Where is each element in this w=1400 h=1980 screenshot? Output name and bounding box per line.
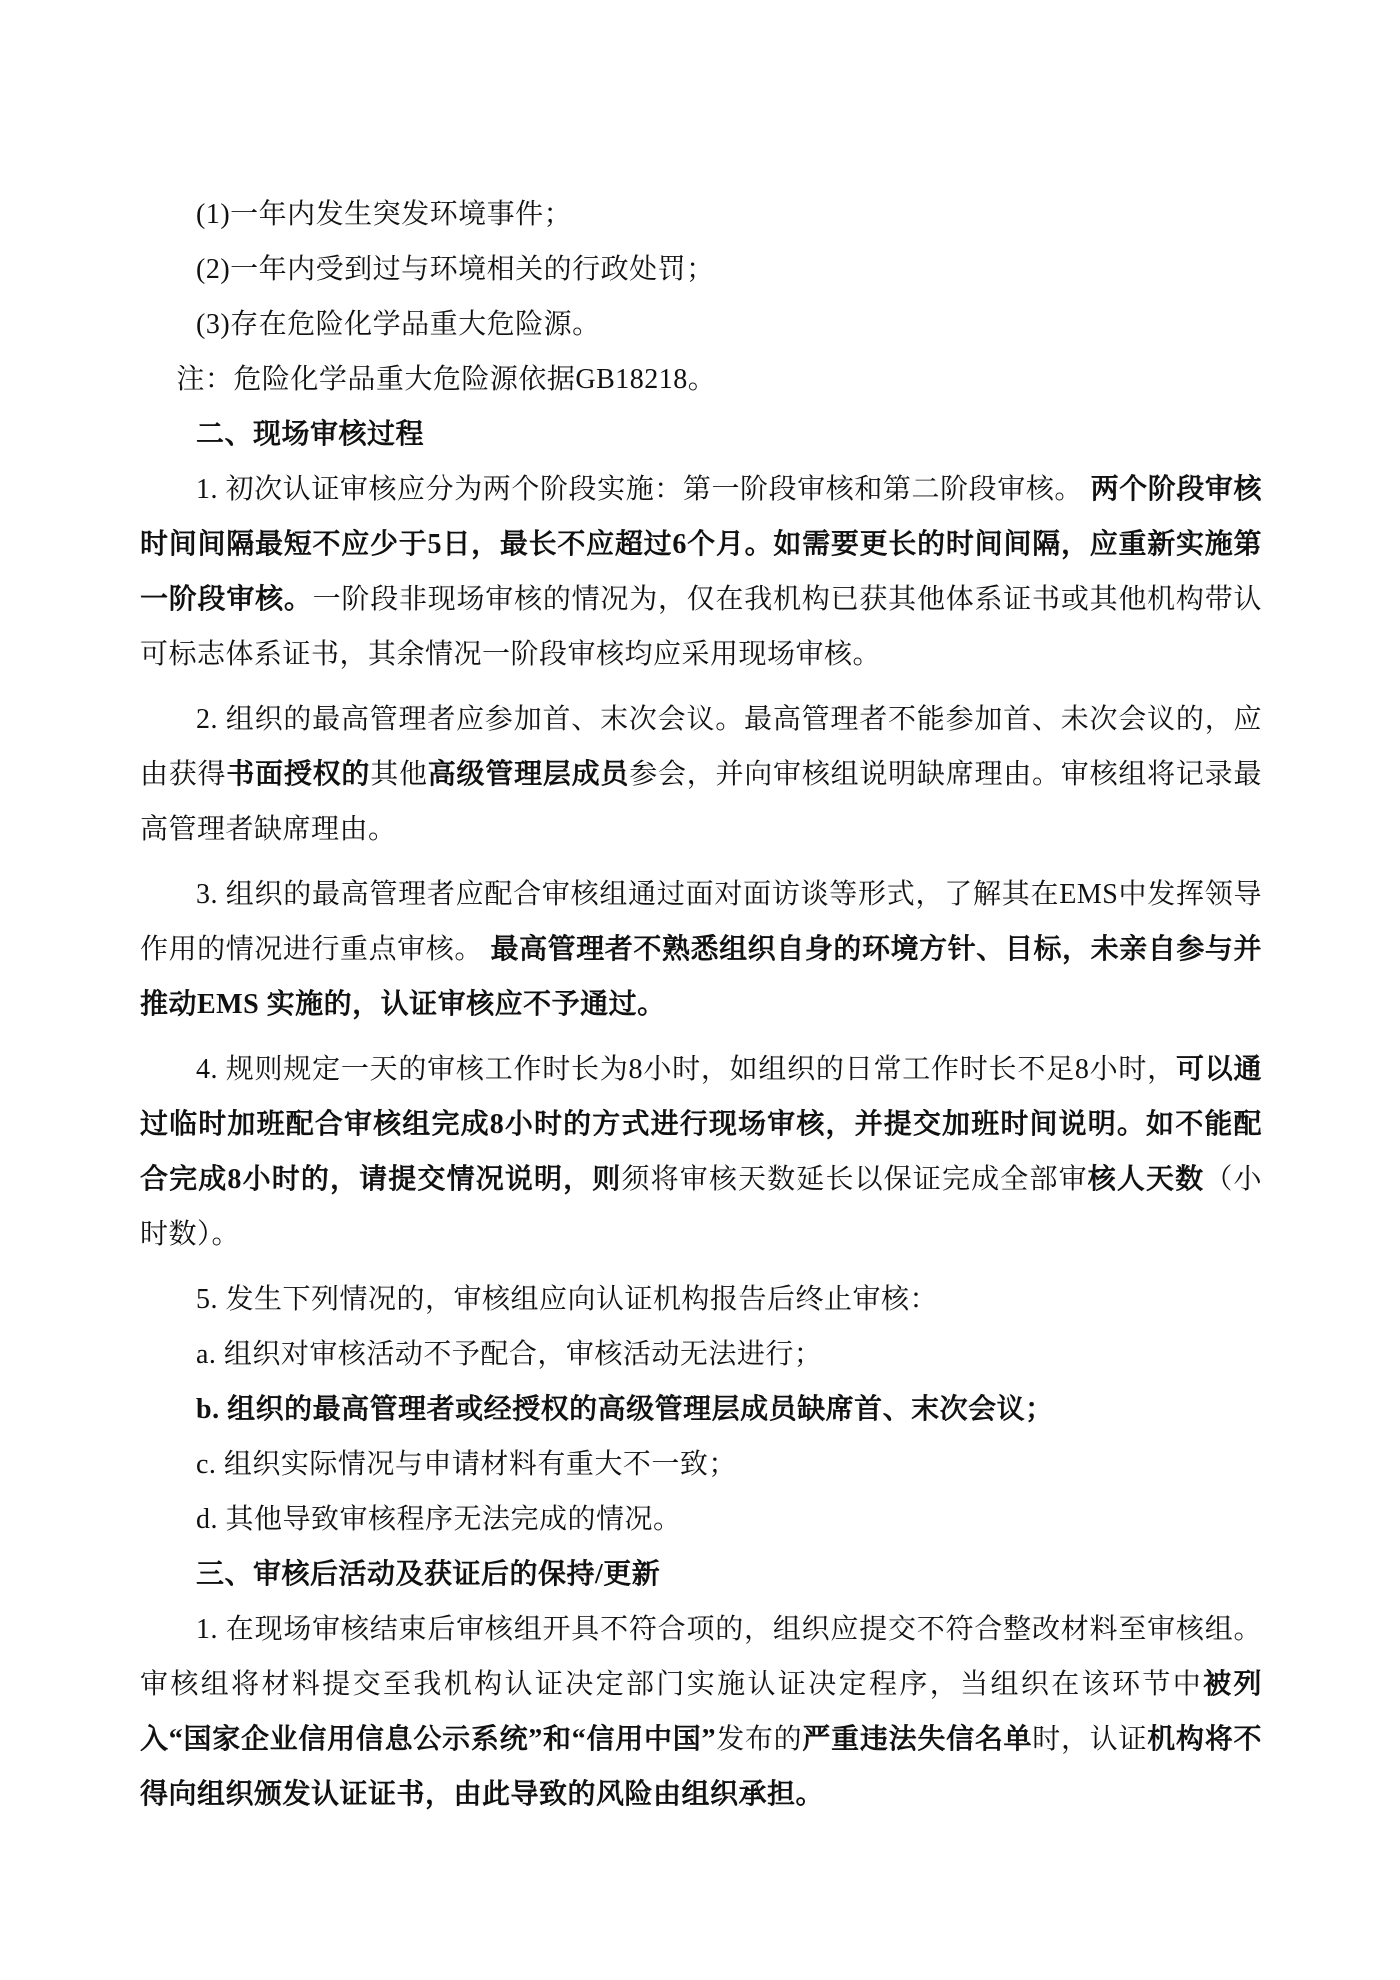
text-run: a. 组织对审核活动不予配合，审核活动无法进行； <box>196 1339 822 1370</box>
text-run: b. 组织的最高管理者或经授权的高级管理层成员缺席首、末次会议； <box>196 1394 1054 1425</box>
section-heading-2: 二、现场审核过程 <box>140 407 1262 462</box>
termination-item-d: d. 其他导致审核程序无法完成的情况。 <box>140 1492 1262 1547</box>
paragraph-top-management-interview: 3. 组织的最高管理者应配合审核组通过面对面访谈等形式，了解其在EMS中发挥领导… <box>140 867 1262 1032</box>
document-page: (1)一年内发生突发环境事件；(2)一年内受到过与环境相关的行政处罚；(3)存在… <box>0 0 1400 1980</box>
paragraph-post-audit: 1. 在现场审核结束后审核组开具不符合项的，组织应提交不符合整改材料至审核组。审… <box>140 1602 1262 1822</box>
paragraph-top-management-meetings: 2. 组织的最高管理者应参加首、末次会议。最高管理者不能参加首、未次会议的，应由… <box>140 692 1262 857</box>
text-run: 严重违法失信名单 <box>802 1724 1032 1755</box>
text-run: 4. 规则规定一天的审核工作时长为8小时，如组织的日常工作时长不足8小时， <box>196 1054 1176 1085</box>
paragraph-audit-stages: 1. 初次认证审核应分为两个阶段实施：第一阶段审核和第二阶段审核。 两个阶段审核… <box>140 462 1262 682</box>
termination-item-b: b. 组织的最高管理者或经授权的高级管理层成员缺席首、末次会议； <box>140 1382 1262 1437</box>
text-run: 二、现场审核过程 <box>196 419 424 450</box>
termination-item-c: c. 组织实际情况与申请材料有重大不一致； <box>140 1437 1262 1492</box>
text-run: 5. 发生下列情况的，审核组应向认证机构报告后终止审核： <box>196 1284 938 1315</box>
paragraph-audit-hours: 4. 规则规定一天的审核工作时长为8小时，如组织的日常工作时长不足8小时，可以通… <box>140 1042 1262 1262</box>
list-item-3: (3)存在危险化学品重大危险源。 <box>140 297 1262 352</box>
text-run: c. 组织实际情况与申请材料有重大不一致； <box>196 1449 737 1480</box>
text-run: (1)一年内发生突发环境事件； <box>196 199 572 230</box>
text-run: 须将审核天数延长以保证完成全部审 <box>621 1164 1087 1195</box>
text-run: 其他 <box>370 759 428 790</box>
text-run: 高级管理层成员 <box>428 759 629 790</box>
paragraph-termination-intro: 5. 发生下列情况的，审核组应向认证机构报告后终止审核： <box>140 1272 1262 1327</box>
list-item-2: (2)一年内受到过与环境相关的行政处罚； <box>140 242 1262 297</box>
text-run: (3)存在危险化学品重大危险源。 <box>196 309 601 340</box>
text-run: 1. 初次认证审核应分为两个阶段实施：第一阶段审核和第二阶段审核。 <box>196 474 1091 505</box>
text-run: 时，认证 <box>1032 1724 1147 1755</box>
note-line: 注：危险化学品重大危险源依据GB18218。 <box>140 352 1262 407</box>
text-run: 核人天数 <box>1088 1164 1205 1195</box>
text-run: 书面授权的 <box>226 759 370 790</box>
text-run: 三、审核后活动及获证后的保持/更新 <box>196 1559 660 1590</box>
text-run: 注：危险化学品重大危险源依据GB18218。 <box>176 364 716 395</box>
document-body: (1)一年内发生突发环境事件；(2)一年内受到过与环境相关的行政处罚；(3)存在… <box>140 187 1262 1822</box>
text-run: d. 其他导致审核程序无法完成的情况。 <box>196 1504 682 1535</box>
termination-item-a: a. 组织对审核活动不予配合，审核活动无法进行； <box>140 1327 1262 1382</box>
list-item-1: (1)一年内发生突发环境事件； <box>140 187 1262 242</box>
text-run: (2)一年内受到过与环境相关的行政处罚； <box>196 254 715 285</box>
text-run: 1. 在现场审核结束后审核组开具不符合项的，组织应提交不符合整改材料至审核组。审… <box>140 1614 1262 1700</box>
section-heading-3: 三、审核后活动及获证后的保持/更新 <box>140 1547 1262 1602</box>
text-run: 发布的 <box>716 1724 802 1755</box>
